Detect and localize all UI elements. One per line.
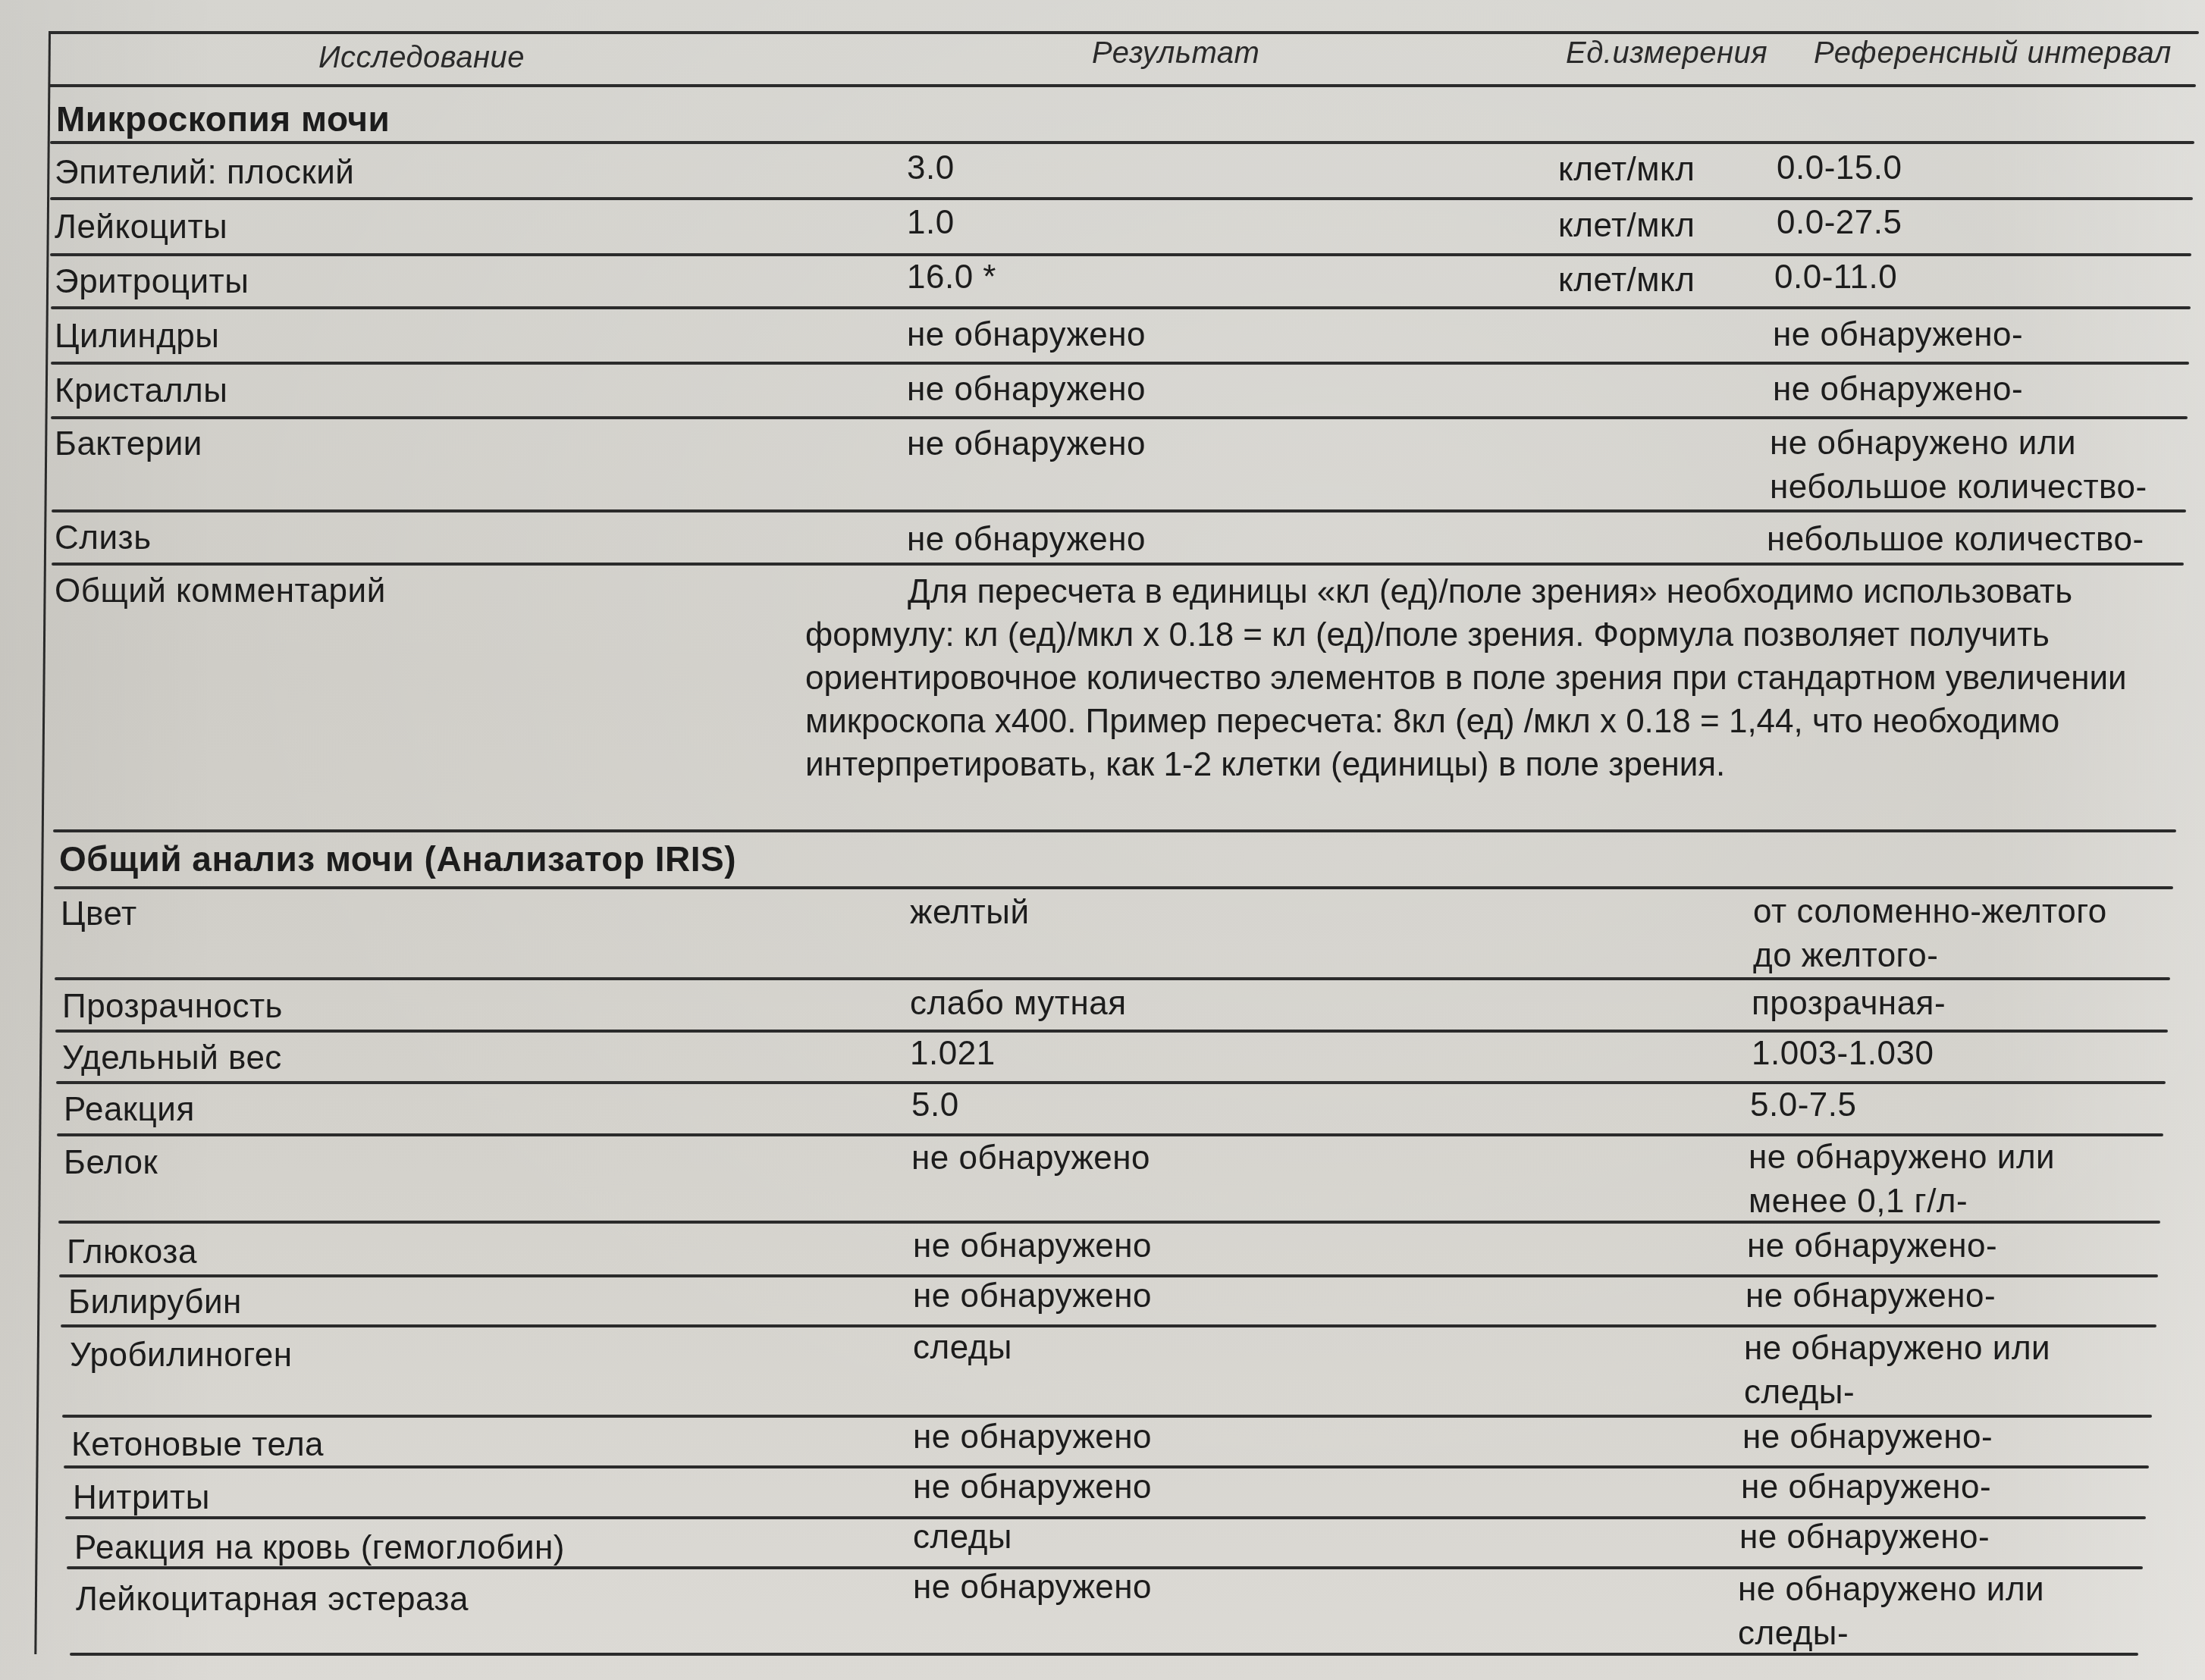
test-name: Цвет: [61, 898, 137, 931]
test-result: следы: [913, 1331, 1012, 1365]
test-result: не обнаружено: [913, 1571, 1152, 1604]
test-result: не обнаружено: [911, 1142, 1150, 1175]
test-name: Кетоновые тела: [71, 1428, 324, 1462]
test-reference: не обнаружено-: [1741, 1471, 1991, 1504]
test-reference: 1.003-1.030: [1752, 1037, 1934, 1070]
header-reference: Референсный интервал: [1814, 38, 2172, 68]
test-name: Белок: [64, 1146, 158, 1180]
test-reference: не обнаружено или следы-: [1738, 1568, 2044, 1656]
row-rule: [50, 253, 2191, 256]
test-unit: клет/мкл: [1558, 264, 1695, 297]
test-result: не обнаружено: [907, 373, 1146, 406]
test-name: Прозрачность: [62, 990, 283, 1023]
test-result: 5.0: [911, 1089, 959, 1122]
row-rule: [51, 362, 2189, 365]
test-reference: 0.0-15.0: [1777, 152, 1902, 185]
test-reference: не обнаружено или следы-: [1744, 1327, 2050, 1415]
test-result: 1.021: [910, 1037, 996, 1070]
test-name: Бактерии: [55, 428, 202, 461]
test-reference: не обнаружено-: [1773, 373, 2023, 406]
row-rule: [55, 1030, 2168, 1033]
header-unit: Ед.измерения: [1566, 38, 1767, 68]
test-result: 1.0: [907, 206, 955, 240]
test-result: не обнаружено: [907, 523, 1146, 556]
test-name: Лейкоциты: [55, 211, 227, 244]
comment-text: Для пересчета в единицы «кл (ед)/поле зр…: [805, 570, 2155, 786]
row-rule: [56, 1081, 2166, 1084]
test-reference: не обнаружено-: [1745, 1280, 1996, 1313]
row-rule: [62, 1415, 2152, 1418]
test-reference: не обнаружено-: [1739, 1521, 1990, 1554]
header-bottom-rule: [49, 84, 2196, 87]
test-result: не обнаружено: [913, 1230, 1152, 1263]
comment-body: Для пересчета в единицы «кл (ед)/поле зр…: [805, 573, 2127, 783]
test-result: не обнаружено: [913, 1421, 1152, 1454]
test-unit: клет/мкл: [1558, 153, 1695, 186]
table-top-rule: [49, 31, 2199, 34]
test-result: не обнаружено: [913, 1471, 1152, 1504]
test-reference: 0.0-27.5: [1777, 206, 1902, 240]
test-name: Лейкоцитарная эстераза: [76, 1583, 469, 1616]
test-name: Реакция: [64, 1093, 195, 1127]
test-name: Нитриты: [73, 1481, 210, 1515]
row-rule: [51, 306, 2191, 309]
test-reference: не обнаружено или небольшое количество-: [1770, 422, 2147, 509]
test-result-flagged: 16.0 *: [907, 261, 996, 294]
row-rule: [50, 141, 2194, 144]
test-reference: 5.0-7.5: [1750, 1089, 1856, 1122]
test-reference: не обнаружено или менее 0,1 г/л-: [1749, 1136, 2055, 1224]
test-name: Цилиндры: [55, 320, 219, 353]
test-result: слабо мутная: [910, 987, 1127, 1020]
lab-report-sheet: Исследование Результат Ед.измерения Рефе…: [0, 0, 2205, 1680]
test-name: Слизь: [55, 522, 152, 555]
test-reference: не обнаружено-: [1747, 1230, 1997, 1263]
test-reference: 0.0-11.0: [1774, 261, 1897, 294]
test-result: не обнаружено: [907, 318, 1146, 352]
row-rule: [50, 197, 2193, 200]
test-reference: прозрачная-: [1752, 987, 1946, 1020]
test-reference: не обнаружено-: [1773, 318, 2023, 352]
row-rule: [54, 886, 2173, 889]
row-rule: [52, 509, 2186, 512]
test-name: Реакция на кровь (гемоглобин): [74, 1531, 565, 1565]
row-rule: [52, 563, 2184, 566]
test-result: 3.0: [907, 152, 955, 185]
test-name: Эритроциты: [55, 265, 249, 299]
test-name: Кристаллы: [55, 375, 227, 408]
test-reference: от соломенно-желтого до желтого-: [1753, 890, 2107, 978]
test-result: следы: [913, 1521, 1012, 1554]
header-result: Результат: [1092, 38, 1259, 68]
row-rule: [51, 416, 2188, 419]
test-reference: небольшое количество-: [1767, 523, 2144, 556]
test-result: желтый: [910, 896, 1029, 929]
test-result: не обнаружено: [907, 428, 1146, 461]
test-result: не обнаружено: [913, 1280, 1152, 1313]
test-name: Удельный вес: [62, 1042, 282, 1075]
test-name: Эпителий: плоский: [55, 156, 354, 190]
comment-label: Общий комментарий: [55, 575, 386, 608]
row-rule: [53, 829, 2176, 832]
header-test: Исследование: [318, 42, 525, 73]
table-left-border: [34, 31, 51, 1654]
section-title-microscopy: Микроскопия мочи: [56, 102, 390, 136]
test-name: Билирубин: [68, 1286, 242, 1319]
section-title-urinalysis: Общий анализ мочи (Анализатор IRIS): [59, 842, 736, 876]
test-name: Уробилиноген: [70, 1339, 293, 1372]
test-reference: не обнаружено-: [1742, 1421, 1993, 1454]
test-name: Глюкоза: [67, 1236, 197, 1269]
test-unit: клет/мкл: [1558, 209, 1695, 243]
